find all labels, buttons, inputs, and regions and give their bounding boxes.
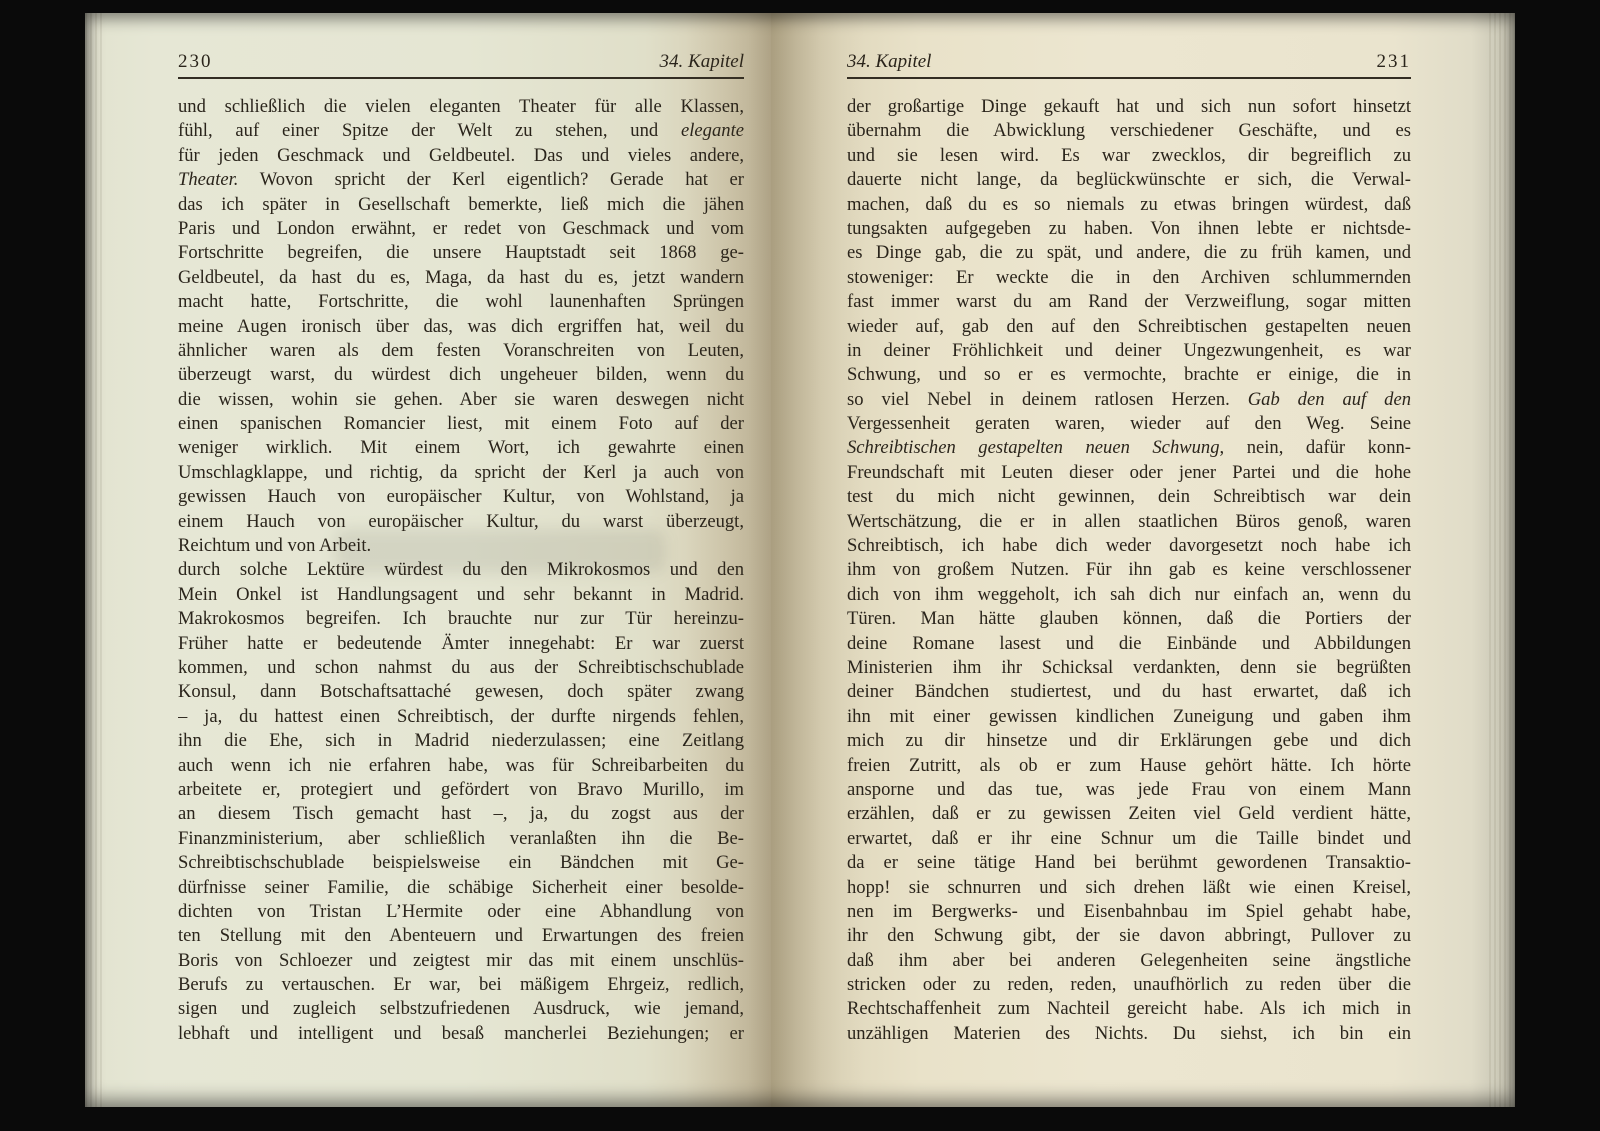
text-line: arbeitete er, protegiert und gefördert v… (178, 778, 744, 802)
text-line: einen spanischen Romancier liest, mit ei… (178, 412, 744, 436)
text-line: stoweniger: Er weckte die in den Archive… (847, 266, 1411, 290)
book-spread: 230 34. Kapitel und schließlich die viel… (85, 13, 1515, 1107)
photo-background: 230 34. Kapitel und schließlich die viel… (0, 0, 1600, 1131)
text-line: Fortschritte begreifen, die unsere Haupt… (178, 241, 744, 265)
text-line: Paris und London erwähnt, er redet von G… (178, 217, 744, 241)
text-line: einem Hauch von europäischer Kultur, du … (178, 510, 744, 534)
text-line: Mein Onkel ist Handlungsagent und sehr b… (178, 583, 744, 607)
text-line: es Dinge gab, die zu spät, und andere, d… (847, 241, 1411, 265)
text-line: deine Romane lasest und die Einbände und… (847, 632, 1411, 656)
text-line: ihn mit einer gewissen kindlichen Zuneig… (847, 705, 1411, 729)
text-line: auch wenn ich nie erfahren habe, was für… (178, 754, 744, 778)
header-rule-right (847, 77, 1411, 79)
text-line: dürfnisse seiner Familie, die schäbige S… (178, 876, 744, 900)
text-line: ähnlicher waren als dem festen Voranschr… (178, 339, 744, 363)
text-line: dich von ihm weggeholt, ich sah dich nur… (847, 583, 1411, 607)
text-line: Berufs zu vertauschen. Er war, bei mäßig… (178, 973, 744, 997)
text-line: fast immer warst du am Rand der Verzweif… (847, 290, 1411, 314)
text-line: der großartige Dinge gekauft hat und sic… (847, 95, 1411, 119)
text-line: meine Augen ironisch über das, was dich … (178, 315, 744, 339)
text-line: in deiner Fröhlichkeit und deiner Ungezw… (847, 339, 1411, 363)
text-line: mich zu dir hinsetze und dir Erklärungen… (847, 729, 1411, 753)
text-line: erwartet, daß er ihr eine Schnur um die … (847, 827, 1411, 851)
text-line: Vergessenheit geraten waren, wieder auf … (847, 412, 1411, 436)
text-line: Schwung, und so er es vermochte, brachte… (847, 363, 1411, 387)
text-line: deiner Bändchen studiertest, und du hast… (847, 680, 1411, 704)
text-line: Freundschaft mit Leuten dieser oder jene… (847, 461, 1411, 485)
text-line: – ja, du hattest einen Schreibtisch, der… (178, 705, 744, 729)
text-line: dauerte nicht lange, da beglückwünschte … (847, 168, 1411, 192)
text-line: test du mich nicht gewinnen, dein Schrei… (847, 485, 1411, 509)
text-line: Theater. Wovon spricht der Kerl eigentli… (178, 168, 744, 192)
text-line: und sie lesen wird. Es war zwecklos, dir… (847, 144, 1411, 168)
text-line: die wissen, wohin sie gehen. Aber sie wa… (178, 388, 744, 412)
page-left-body: und schließlich die vielen eleganten The… (178, 95, 744, 1046)
text-line: ihm von großem Nutzen. Für ihn gab es ke… (847, 558, 1411, 582)
page-number-right: 231 (1377, 51, 1412, 73)
text-line: übernahm die Abwicklung verschiedener Ge… (847, 119, 1411, 143)
text-line: Geldbeutel, da hast du es, Maga, da hast… (178, 266, 744, 290)
page-number-left: 230 (178, 51, 213, 73)
text-line: Boris von Schloezer und zeigtest mir das… (178, 949, 744, 973)
text-line: Makrokosmos begreifen. Ich brauchte nur … (178, 607, 744, 631)
text-line: unzähligen Materien des Nichts. Du siehs… (847, 1022, 1411, 1046)
text-line: so viel Nebel in deinem ratlosen Herzen.… (847, 388, 1411, 412)
text-line: wieder auf, gab den auf den Schreibtisch… (847, 315, 1411, 339)
page-right: 34. Kapitel 231 der großartige Dinge gek… (771, 13, 1515, 1107)
text-line: Türen. Man hätte glauben können, daß die… (847, 607, 1411, 631)
page-edge-stack-left (85, 13, 103, 1107)
page-right-body: der großartige Dinge gekauft hat und sic… (847, 95, 1411, 1046)
page-left: 230 34. Kapitel und schließlich die viel… (85, 13, 771, 1107)
text-line: lebhaft und intelligent und besaß manche… (178, 1022, 744, 1046)
text-line: Finanzministerium, aber schließlich vera… (178, 827, 744, 851)
text-line: kommen, und schon nahmst du aus der Schr… (178, 656, 744, 680)
text-line: und schließlich die vielen eleganten The… (178, 95, 744, 119)
running-head-right: 34. Kapitel (847, 51, 931, 73)
text-line: überzeugt warst, du würdest dich ungeheu… (178, 363, 744, 387)
text-line: Konsul, dann Botschaftsattaché gewesen, … (178, 680, 744, 704)
text-line: da er seine tätige Hand bei berühmt gewo… (847, 851, 1411, 875)
header-rule-left (178, 77, 744, 79)
text-line: gewissen Hauch von europäischer Kultur, … (178, 485, 744, 509)
text-line: fühl, auf einer Spitze der Welt zu stehe… (178, 119, 744, 143)
text-line: dichten von Tristan L’Hermite oder eine … (178, 900, 744, 924)
page-right-text-column: 34. Kapitel 231 der großartige Dinge gek… (847, 13, 1411, 1107)
text-line: Umschlagklappe, und richtig, da spricht … (178, 461, 744, 485)
page-edge-stack-right (1489, 13, 1515, 1107)
page-left-text-column: 230 34. Kapitel und schließlich die viel… (178, 13, 744, 1107)
text-line: Schreibtischen gestapelten neuen Schwung… (847, 436, 1411, 460)
text-line: ten Stellung mit den Abenteuern und Erwa… (178, 924, 744, 948)
text-line: Rechtschaffenheit zum Nachteil gereicht … (847, 997, 1411, 1021)
text-line: erzählen, daß er zu gewissen Zeiten viel… (847, 802, 1411, 826)
text-line: Früher hatte er bedeutende Ämter innegeh… (178, 632, 744, 656)
text-line: ihn die Ehe, sich in Madrid niederzulass… (178, 729, 744, 753)
text-line: Ministerien ihm ihr Schicksal verdankten… (847, 656, 1411, 680)
text-line: Schreibtisch, ich habe dich weder davorg… (847, 534, 1411, 558)
text-line: tungsakten aufgegeben zu haben. Von ihne… (847, 217, 1411, 241)
text-line: freien Zutritt, als ob er zum Hause gehö… (847, 754, 1411, 778)
text-line: stricken oder zu reden, reden, unaufhörl… (847, 973, 1411, 997)
text-line: Schreibtischschublade beispielsweise ein… (178, 851, 744, 875)
text-line: an diesem Tisch gemacht hast –, ja, du z… (178, 802, 744, 826)
text-line: für jeden Geschmack und Geldbeutel. Das … (178, 144, 744, 168)
text-line: daß ihm aber bei anderen Gelegenheiten s… (847, 949, 1411, 973)
text-line: Reichtum und von Arbeit. (178, 534, 744, 558)
page-left-header: 230 34. Kapitel (178, 51, 744, 73)
text-line: hopp! sie schnurren und sich drehen läßt… (847, 876, 1411, 900)
running-head-left: 34. Kapitel (660, 51, 744, 73)
text-line: machen, daß du es so niemals zu etwas br… (847, 193, 1411, 217)
text-line: Wertschätzung, die er in allen staatlich… (847, 510, 1411, 534)
text-line: sigen und zugleich selbstzufriedenen Aus… (178, 997, 744, 1021)
text-line: ihr den Schwung gibt, der sie davon abbr… (847, 924, 1411, 948)
text-line: macht hatte, Fortschritte, die wohl laun… (178, 290, 744, 314)
text-line: durch solche Lektüre würdest du den Mikr… (178, 558, 744, 582)
page-right-header: 34. Kapitel 231 (847, 51, 1411, 73)
text-line: weniger wirklich. Mit einem Wort, ich ge… (178, 436, 744, 460)
text-line: nen im Bergwerks- und Eisenbahnbau im Sp… (847, 900, 1411, 924)
text-line: das ich später in Gesellschaft bemerkte,… (178, 193, 744, 217)
text-line: ansporne und das tue, was jede Frau von … (847, 778, 1411, 802)
